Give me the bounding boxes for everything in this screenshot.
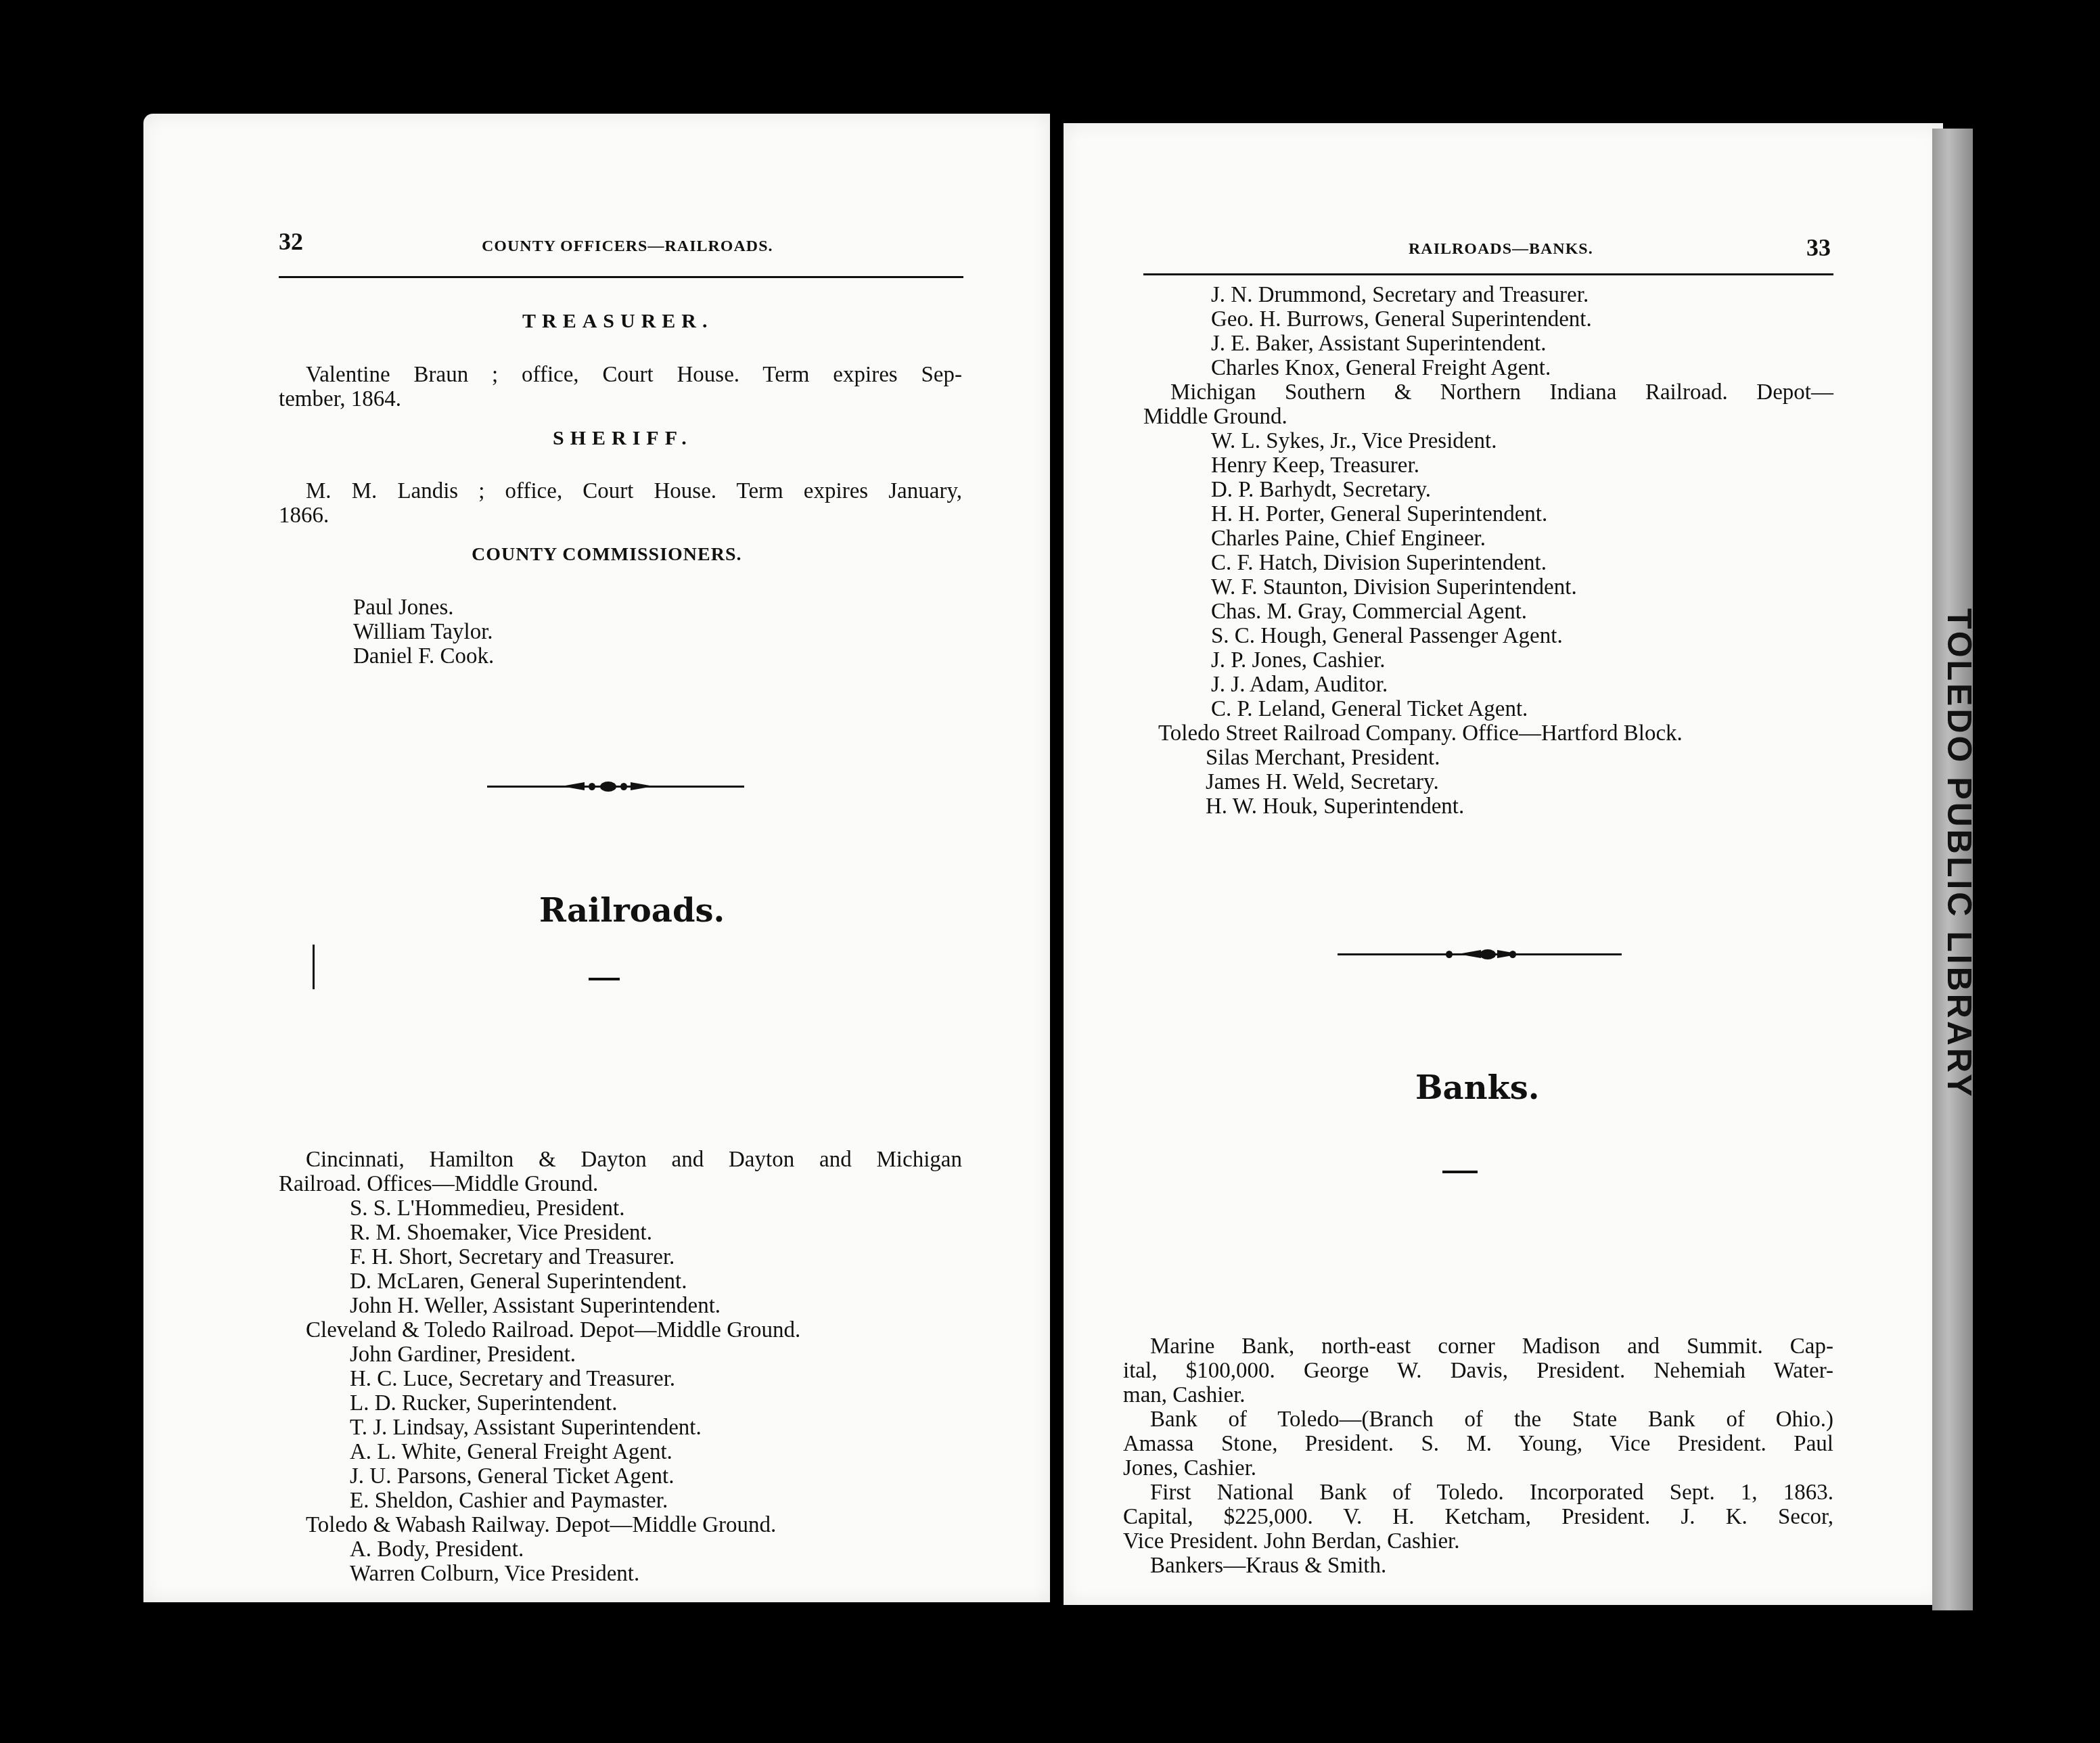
page-number: 33 xyxy=(1806,233,1831,262)
railroad-location: Railroad. Offices—Middle Ground. xyxy=(279,1172,598,1196)
running-head: COUNTY OFFICERS—RAILROADS. xyxy=(482,237,773,256)
officer: A. L. White, General Freight Agent. xyxy=(350,1440,672,1464)
railroad-name: Cleveland & Toledo Railroad. Depot—Middl… xyxy=(306,1318,800,1342)
bank-entry-line: First National Bank of Toledo. Incorpora… xyxy=(1150,1480,1833,1505)
officer: Geo. H. Burrows, General Superintendent. xyxy=(1211,307,1592,332)
officer: H. W. Houk, Superintendent. xyxy=(1206,794,1464,819)
officer: S. S. L'Hommedieu, President. xyxy=(350,1196,625,1221)
bank-entry-line: Vice President. John Berdan, Cashier. xyxy=(1123,1529,1460,1554)
officer: C. F. Hatch, Division Superintendent. xyxy=(1211,551,1547,575)
officer: C. P. Leland, General Ticket Agent. xyxy=(1211,697,1528,721)
officer: D. P. Barhydt, Secretary. xyxy=(1211,478,1431,502)
bank-entry-line: Marine Bank, north-east corner Madison a… xyxy=(1150,1334,1833,1359)
section-heading-sheriff: SHERIFF. xyxy=(553,427,693,450)
title-underline xyxy=(1442,1171,1478,1173)
library-stamp: TOLEDO PUBLIC LIBRARY xyxy=(1940,608,1979,1014)
treasurer-text-line1: Valentine Braun ; office, Court House. T… xyxy=(306,363,962,387)
bank-entry-line: Bank of Toledo—(Branch of the State Bank… xyxy=(1150,1407,1833,1432)
officer: T. J. Lindsay, Assistant Superintendent. xyxy=(350,1416,702,1440)
railroad-name: Toledo Street Railroad Company. Office—H… xyxy=(1158,721,1683,746)
officer: Charles Paine, Chief Engineer. xyxy=(1211,526,1486,551)
sheriff-text-line1: M. M. Landis ; office, Court House. Term… xyxy=(306,479,962,503)
officer: L. D. Rucker, Superintendent. xyxy=(350,1391,618,1416)
section-title-railroads: Railroads. xyxy=(539,892,725,930)
officer: R. M. Shoemaker, Vice President. xyxy=(350,1221,652,1245)
right-page: RAILROADS—BANKS. 33 J. N. Drummond, Secr… xyxy=(1064,123,1943,1605)
running-head: RAILROADS—BANKS. xyxy=(1409,240,1593,258)
left-page: 32 COUNTY OFFICERS—RAILROADS. TREASURER.… xyxy=(143,114,1050,1602)
railroad-location: Middle Ground. xyxy=(1143,405,1287,429)
officer: F. H. Short, Secretary and Treasurer. xyxy=(350,1245,675,1269)
officer: J. N. Drummond, Secretary and Treasurer. xyxy=(1211,283,1589,307)
officer: W. F. Staunton, Division Superintendent. xyxy=(1211,575,1577,599)
bank-entry-line: Bankers—Kraus & Smith. xyxy=(1150,1554,1386,1578)
page-number: 32 xyxy=(279,227,303,256)
section-heading-commissioners: COUNTY COMMISSIONERS. xyxy=(472,544,742,566)
officer: James H. Weld, Secretary. xyxy=(1206,770,1439,794)
officer: H. H. Porter, General Superintendent. xyxy=(1211,502,1547,526)
bank-entry-line: man, Cashier. xyxy=(1123,1383,1246,1407)
officer: Silas Merchant, President. xyxy=(1206,746,1440,770)
commissioner-name: Daniel F. Cook. xyxy=(353,644,494,669)
officer: H. C. Luce, Secretary and Treasurer. xyxy=(350,1367,675,1391)
section-heading-treasurer: TREASURER. xyxy=(522,310,714,333)
railroad-name: Cincinnati, Hamilton & Dayton and Dayton… xyxy=(306,1148,962,1172)
officer: Henry Keep, Treasurer. xyxy=(1211,453,1419,478)
officer: John H. Weller, Assistant Superintendent… xyxy=(350,1294,721,1318)
officer: S. C. Hough, General Passenger Agent. xyxy=(1211,624,1563,648)
officer: J. P. Jones, Cashier. xyxy=(1211,648,1386,673)
treasurer-text-line2: tember, 1864. xyxy=(279,387,401,411)
railroad-name: Michigan Southern & Northern Indiana Rai… xyxy=(1170,380,1833,405)
decorative-ornament xyxy=(487,779,744,793)
bank-entry-line: Capital, $225,000. V. H. Ketcham, Presid… xyxy=(1123,1505,1833,1529)
officer: Warren Colburn, Vice President. xyxy=(350,1562,639,1586)
commissioner-name: William Taylor. xyxy=(353,620,493,644)
header-rule xyxy=(1143,273,1833,275)
officer: D. McLaren, General Superintendent. xyxy=(350,1269,687,1294)
decorative-ornament xyxy=(1338,947,1622,961)
officer: J. U. Parsons, General Ticket Agent. xyxy=(350,1464,674,1489)
officer: J. J. Adam, Auditor. xyxy=(1211,673,1388,697)
header-rule xyxy=(279,276,963,278)
title-underline xyxy=(589,978,620,980)
officer: John Gardiner, President. xyxy=(350,1342,576,1367)
officer: Chas. M. Gray, Commercial Agent. xyxy=(1211,599,1527,624)
bank-entry-line: ital, $100,000. George W. Davis, Preside… xyxy=(1123,1359,1833,1383)
commissioner-name: Paul Jones. xyxy=(353,595,454,620)
sheriff-text-line2: 1866. xyxy=(279,503,329,528)
officer: W. L. Sykes, Jr., Vice President. xyxy=(1211,429,1497,453)
officer: A. Body, President. xyxy=(350,1537,524,1562)
officer: J. E. Baker, Assistant Superintendent. xyxy=(1211,332,1546,356)
book-edge: TOLEDO PUBLIC LIBRARY xyxy=(1932,129,1973,1610)
officer: Charles Knox, General Freight Agent. xyxy=(1211,356,1551,380)
section-title-banks: Banks. xyxy=(1415,1069,1540,1107)
bank-entry-line: Amassa Stone, President. S. M. Young, Vi… xyxy=(1123,1432,1833,1456)
bank-entry-line: Jones, Cashier. xyxy=(1123,1456,1256,1480)
officer: E. Sheldon, Cashier and Paymaster. xyxy=(350,1489,668,1513)
railroad-name: Toledo & Wabash Railway. Depot—Middle Gr… xyxy=(306,1513,776,1537)
margin-mark xyxy=(313,945,315,989)
